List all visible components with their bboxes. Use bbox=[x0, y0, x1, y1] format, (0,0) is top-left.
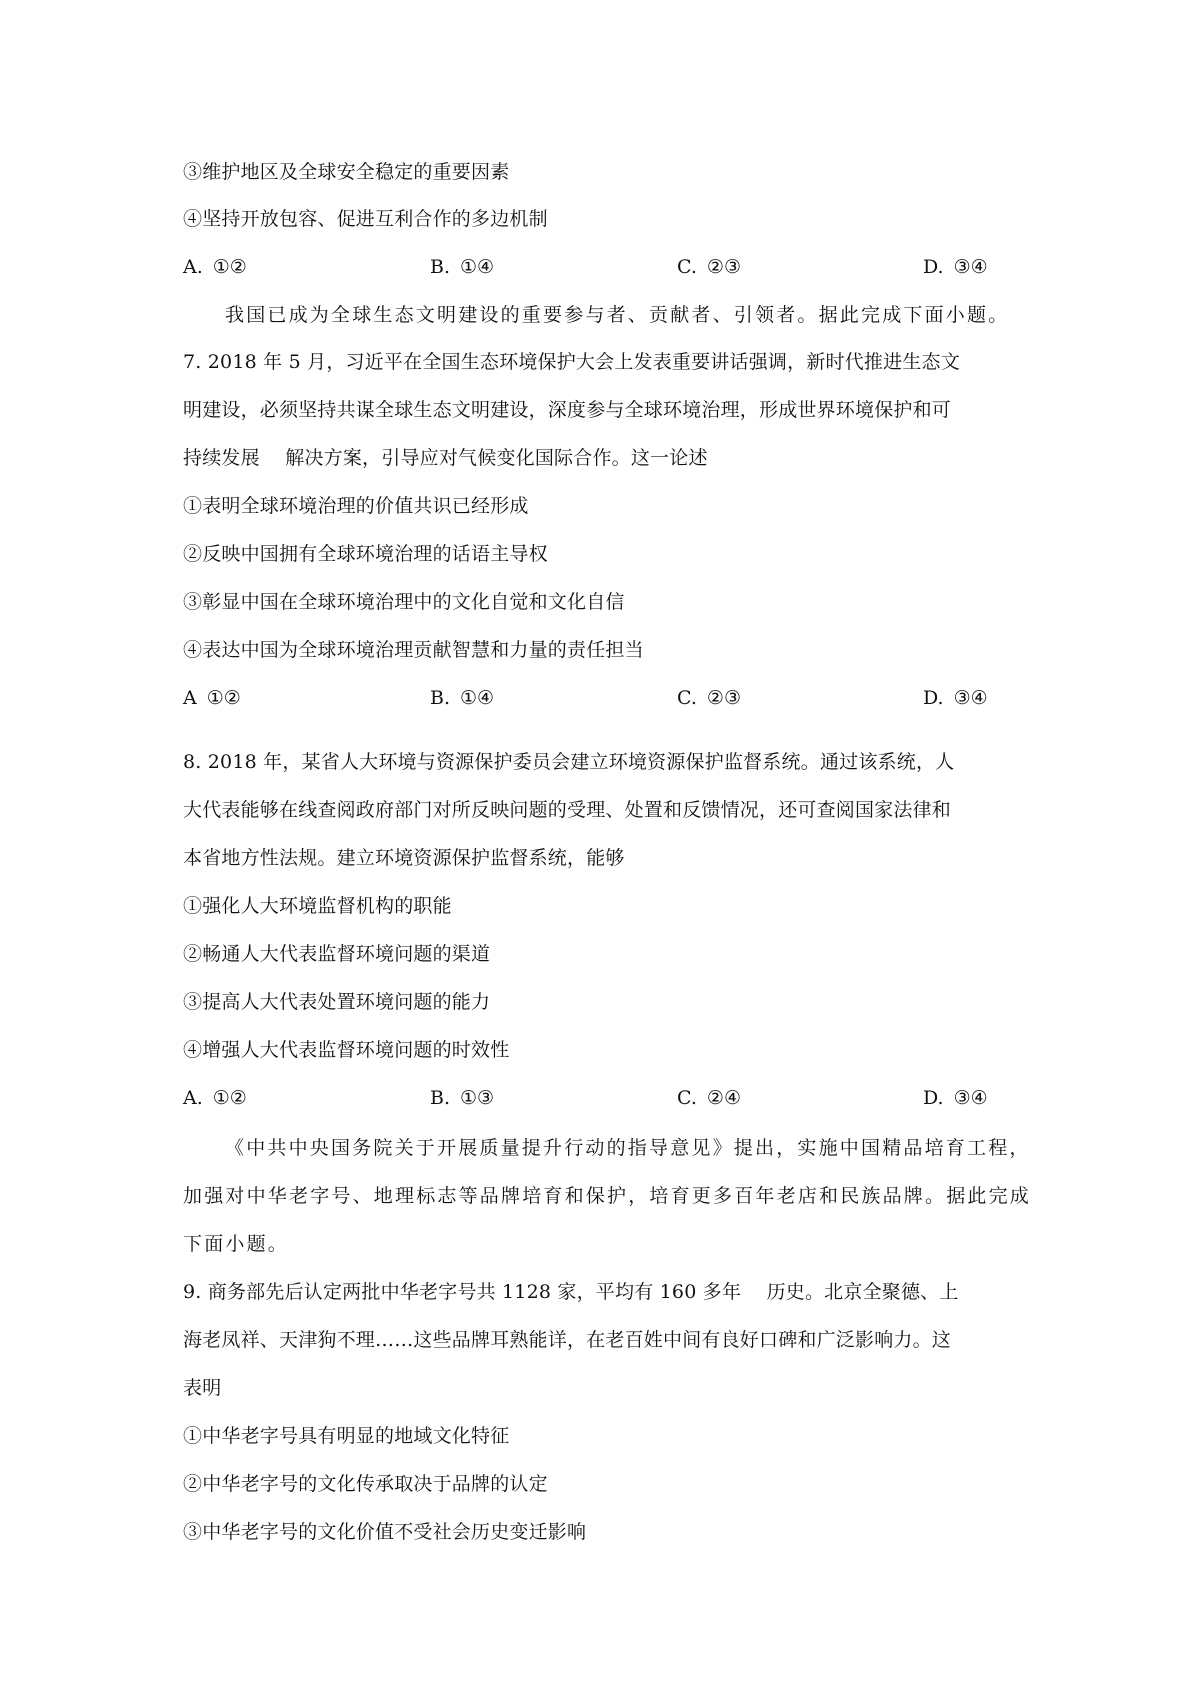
q8-option-d: D.③④ bbox=[923, 1086, 988, 1110]
q9-intro-line-2: 加强对中华老字号、地理标志等品牌培育和保护，培育更多百年老店和民族品牌。据此完成 bbox=[183, 1184, 1031, 1208]
q7-statement-2: ②反映中国拥有全球环境治理的话语主导权 bbox=[183, 542, 548, 566]
option-letter: A. bbox=[183, 256, 203, 278]
q8-statement-1: ①强化人大环境监督机构的职能 bbox=[183, 894, 452, 918]
q8-stem-line-1: 8. 2018 年，某省人大环境与资源保护委员会建立环境资源保护监督系统。通过该… bbox=[183, 750, 954, 774]
q9-stem-line-3: 表明 bbox=[183, 1376, 221, 1400]
option-value: ①② bbox=[213, 1087, 247, 1109]
q8-option-c: C.②④ bbox=[677, 1086, 741, 1110]
q8-option-a: A.①② bbox=[183, 1086, 247, 1110]
q9-statement-3: ③中华老字号的文化价值不受社会历史变迁影响 bbox=[183, 1520, 586, 1544]
q9-statement-2: ②中华老字号的文化传承取决于品牌的认定 bbox=[183, 1472, 548, 1496]
option-letter: A. bbox=[183, 1087, 203, 1109]
q8-statement-2: ②畅通人大代表监督环境问题的渠道 bbox=[183, 942, 490, 966]
q6-statement-4: ④坚持开放包容、促进互利合作的多边机制 bbox=[183, 207, 548, 231]
q9-stem-line-2: 海老凤祥、天津狗不理……这些品牌耳熟能详，在老百姓中间有良好口碑和广泛影响力。这 bbox=[183, 1328, 951, 1352]
option-value: ①② bbox=[207, 687, 241, 709]
option-letter: D. bbox=[923, 687, 944, 709]
option-value: ②③ bbox=[707, 687, 741, 709]
option-letter: B. bbox=[430, 687, 450, 709]
q6-option-a: A.①② bbox=[183, 255, 247, 279]
q7-stem-line-3: 持续发展 解决方案，引导应对气候变化国际合作。这一论述 bbox=[183, 446, 708, 470]
option-value: ③④ bbox=[954, 687, 988, 709]
option-letter: C. bbox=[677, 1087, 697, 1109]
q9-stem-line-1: 9. 商务部先后认定两批中华老字号共 1128 家，平均有 160 多年 历史。… bbox=[183, 1280, 959, 1304]
option-value: ③④ bbox=[954, 256, 988, 278]
option-value: ③④ bbox=[954, 1087, 988, 1109]
option-value: ②④ bbox=[707, 1087, 741, 1109]
option-value: ①② bbox=[213, 256, 247, 278]
option-letter: D. bbox=[923, 1087, 944, 1109]
option-value: ①④ bbox=[460, 256, 494, 278]
q7-statement-4: ④表达中国为全球环境治理贡献智慧和力量的责任担当 bbox=[183, 638, 644, 662]
option-value: ①④ bbox=[460, 687, 494, 709]
q8-statement-3: ③提高人大代表处置环境问题的能力 bbox=[183, 990, 490, 1014]
option-letter: D. bbox=[923, 256, 944, 278]
q6-option-b: B.①④ bbox=[430, 255, 494, 279]
option-letter: A bbox=[183, 687, 197, 709]
q7-statement-3: ③彰显中国在全球环境治理中的文化自觉和文化自信 bbox=[183, 590, 625, 614]
q7-stem-line-2: 明建设，必须坚持共谋全球生态文明建设，深度参与全球环境治理，形成世界环境保护和可 bbox=[183, 398, 951, 422]
q8-option-b: B.①③ bbox=[430, 1086, 494, 1110]
q7-statement-1: ①表明全球环境治理的价值共识已经形成 bbox=[183, 494, 529, 518]
q7-stem-line-1: 7. 2018 年 5 月，习近平在全国生态环境保护大会上发表重要讲话强调，新时… bbox=[183, 350, 960, 374]
q8-statement-4: ④增强人大代表监督环境问题的时效性 bbox=[183, 1038, 509, 1062]
q8-stem-line-2: 大代表能够在线查阅政府部门对所反映问题的受理、处置和反馈情况，还可查阅国家法律和 bbox=[183, 798, 951, 822]
q6-option-c: C.②③ bbox=[677, 255, 741, 279]
q7-option-c: C.②③ bbox=[677, 686, 741, 710]
q9-intro-line-1: 《中共中央国务院关于开展质量提升行动的指导意见》提出，实施中国精品培育工程， bbox=[225, 1136, 1031, 1160]
q6-option-d: D.③④ bbox=[923, 255, 988, 279]
option-value: ②③ bbox=[707, 256, 741, 278]
q8-stem-line-3: 本省地方性法规。建立环境资源保护监督系统，能够 bbox=[183, 846, 625, 870]
q7-intro: 我国已成为全球生态文明建设的重要参与者、贡献者、引领者。据此完成下面小题。 bbox=[225, 303, 1009, 327]
q6-statement-3: ③维护地区及全球安全稳定的重要因素 bbox=[183, 160, 509, 184]
q7-option-b: B.①④ bbox=[430, 686, 494, 710]
option-letter: C. bbox=[677, 256, 697, 278]
q9-intro-line-3: 下面小题。 bbox=[183, 1232, 289, 1256]
option-letter: C. bbox=[677, 687, 697, 709]
option-letter: B. bbox=[430, 256, 450, 278]
option-letter: B. bbox=[430, 1087, 450, 1109]
q7-option-a: A①② bbox=[183, 686, 241, 710]
q9-statement-1: ①中华老字号具有明显的地域文化特征 bbox=[183, 1424, 509, 1448]
option-value: ①③ bbox=[460, 1087, 494, 1109]
q7-option-d: D.③④ bbox=[923, 686, 988, 710]
exam-page: ③维护地区及全球安全稳定的重要因素 ④坚持开放包容、促进互利合作的多边机制 A.… bbox=[0, 0, 1200, 1698]
